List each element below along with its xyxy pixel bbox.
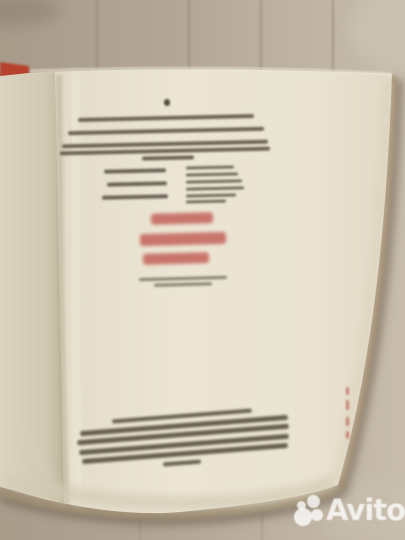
- avito-watermark-label: Avito: [326, 493, 405, 527]
- avito-watermark: Avito: [290, 492, 405, 538]
- avito-logo-icon: [294, 508, 312, 526]
- avito-logo-icon: [311, 509, 323, 521]
- avito-logo-icon: [307, 495, 320, 508]
- photo-of-book: Avito: [0, 0, 405, 540]
- photo-background: [0, 0, 405, 540]
- gutter-highlight: [74, 74, 79, 505]
- left-page-shading: [0, 71, 64, 503]
